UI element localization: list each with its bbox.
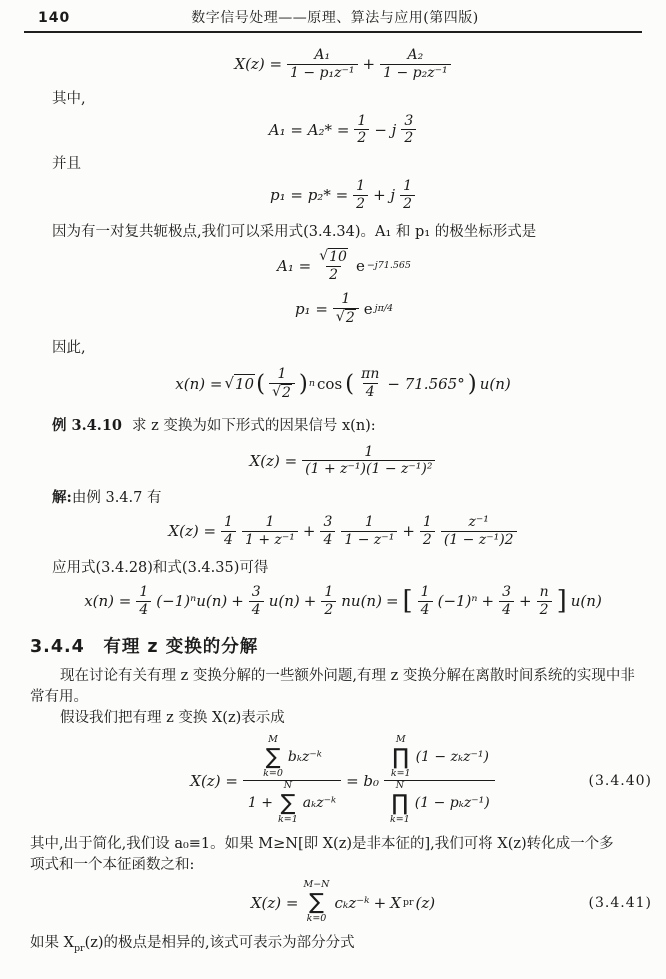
text-conjugate-poles: 因为有一对复共轭极点,我们可以采用式(3.4.34)。A₁ 和 p₁ 的极坐标形… (52, 223, 636, 242)
sigma-icon: ∑ (309, 891, 324, 914)
fraction-numerator: 3 (401, 113, 416, 130)
math-token: bₖz⁻ᵏ (288, 749, 322, 766)
fraction-numerator: 1 (354, 113, 369, 130)
math-token: X (390, 894, 401, 912)
fraction-numerator: 3 (249, 584, 264, 601)
math-token: aₖz⁻ᵏ (303, 795, 336, 812)
radical-sign: √ (336, 309, 345, 326)
radical: √10 (224, 374, 255, 393)
equals-sign: = (386, 592, 399, 610)
paragraph-simplify-line1: 其中,出于简化,我们设 a₀≡1。如果 M≥N[即 X(z)是非本征的],我们可… (30, 834, 642, 855)
fraction-denominator: 4 (136, 601, 151, 619)
fraction: z⁻¹(1 − z⁻¹)2 (441, 514, 517, 549)
text-solution: 解:由例 3.4.7 有 (52, 488, 636, 508)
fraction: A₂1 − p₂z⁻¹ (380, 47, 451, 82)
fraction-numerator: πn (358, 366, 382, 383)
product-operator: M∏k=1 (391, 735, 411, 780)
plus-sign: + (374, 894, 387, 912)
math-token: = b₀ (346, 772, 379, 790)
example-body: 求 z 变换为如下形式的因果信号 x(n): (132, 418, 376, 434)
paragraph-simplify-line2: 项式和一个本征函数之和: (30, 855, 642, 876)
fraction-numerator: M∏k=1 (1 − zₖz⁻¹) (385, 735, 494, 780)
solution-body: 由例 3.4.7 有 (72, 490, 162, 506)
summation-operator: N∑k=1 (278, 781, 298, 826)
lower-limit: k=0 (307, 914, 327, 925)
fraction-denominator: 2 (354, 129, 369, 147)
math-token: e (356, 257, 365, 275)
fraction-denominator: √2 (269, 383, 295, 402)
text-therefore: 因此, (52, 339, 636, 358)
page-header: 140 数字信号处理——原理、算法与应用(第四版) (38, 7, 632, 27)
fraction-numerator: 1 (361, 444, 376, 461)
equation-example-xz: X(z) = 1(1 + z⁻¹)(1 − z⁻¹)² (40, 444, 646, 479)
fraction-denominator: 2 (420, 531, 435, 549)
section-heading: 3.4.4 有理 z 变换的分解 (30, 633, 666, 658)
fraction: πn4 (358, 366, 382, 401)
math-token: X(z) = (250, 452, 298, 470)
fraction-numerator: A₁ (311, 47, 333, 64)
equation-partial-fraction-form: X(z) = A₁1 − p₁z⁻¹ + A₂1 − p₂z⁻¹ (40, 47, 646, 82)
left-paren: ( (345, 371, 354, 397)
product-operator: N∏k=1 (390, 781, 410, 826)
fraction-denominator: 4 (363, 383, 378, 401)
text-segment: 如果 X (30, 935, 74, 951)
fraction-denominator: 2 (321, 601, 336, 619)
paragraph-suppose: 假设我们把有理 z 变换 X(z)表示成 (30, 708, 642, 729)
fraction: 32 (401, 113, 416, 148)
equation-a1-polar: A₁ = √10 2 e−j71.565 (40, 248, 646, 284)
math-token: u(n) (571, 592, 602, 610)
plus-sign: + (303, 522, 316, 540)
math-token: A₁ = (277, 257, 311, 275)
fraction-denominator: 2 (353, 195, 368, 213)
fraction: 12 (400, 178, 415, 213)
radical: √2 (272, 384, 292, 402)
math-token: u(n) (480, 375, 511, 393)
math-token: 1 + (248, 795, 273, 812)
fraction: 12 (354, 113, 369, 148)
plus-sign: + (482, 592, 495, 610)
fraction-numerator: n (537, 584, 552, 601)
fraction-denominator: 1 + z⁻¹ (242, 531, 298, 549)
fraction-denominator: 4 (249, 601, 264, 619)
math-token: (1 − zₖz⁻¹) (416, 749, 489, 766)
fraction-denominator: 1 + N∑k=1 aₖz⁻ᵏ (243, 780, 341, 826)
radical-sign: √ (224, 374, 234, 392)
pi-product-icon: ∏ (392, 746, 409, 769)
fraction: 12 (353, 178, 368, 213)
paragraph-intro-line1: 现在讨论有关有理 z 变换分解的一些额外问题,有理 z 变换分解在离散时间系统的… (30, 666, 642, 687)
fraction-denominator: 2 (400, 195, 415, 213)
fraction: 11 − z⁻¹ (341, 514, 397, 549)
fraction: 11 + z⁻¹ (242, 514, 298, 549)
fraction: 14 (418, 584, 433, 619)
fraction-denominator: √2 (333, 308, 359, 327)
fraction-numerator: √10 (316, 248, 351, 266)
fraction-numerator: 3 (320, 514, 335, 531)
fraction-numerator: 1 (362, 514, 377, 531)
radicand: 10 (234, 374, 255, 393)
example-label: 例 3.4.10 (52, 417, 122, 434)
math-token: u(n) (269, 592, 300, 610)
fraction: M∏k=1 (1 − zₖz⁻¹) N∏k=1 (1 − pₖz⁻¹) (384, 735, 495, 826)
radical-sign: √ (272, 384, 281, 401)
radical-sign: √ (319, 248, 328, 265)
plus-sign: + (231, 592, 244, 610)
radicand: 2 (345, 309, 356, 327)
text-apply-equations: 应用式(3.4.28)和式(3.4.35)可得 (52, 559, 636, 578)
equation-p1-polar: p₁ = 1 √2 ejπ/4 (40, 291, 646, 327)
fraction-denominator: 4 (499, 601, 514, 619)
math-token: p₁ = (295, 300, 328, 318)
plus-sign: + (402, 522, 415, 540)
math-token: p₁ = p₂* = (270, 186, 348, 204)
left-paren: ( (256, 371, 265, 397)
math-token: (1 − pₖz⁻¹) (415, 795, 490, 812)
fraction-numerator: z⁻¹ (465, 514, 491, 531)
running-title: 数字信号处理——原理、算法与应用(第四版) (108, 7, 562, 27)
fraction-numerator: A₂ (404, 47, 426, 64)
math-token: x(n) = (84, 592, 131, 610)
fraction: 34 (499, 584, 514, 619)
math-token: (−1)ⁿu(n) (156, 592, 227, 610)
fraction-numerator: 3 (499, 584, 514, 601)
math-token: (z) (416, 894, 436, 912)
fraction-denominator: 2 (537, 601, 552, 619)
radical: √2 (336, 309, 356, 327)
text-where: 其中, (52, 90, 636, 109)
equation-number: (3.4.41) (589, 895, 652, 911)
equation-xn-result: x(n) = 14 (−1)ⁿu(n) + 34 u(n) + 12 nu(n)… (40, 584, 646, 619)
lower-limit: k=1 (278, 815, 298, 826)
equation-number: (3.4.40) (589, 773, 652, 789)
fraction-numerator: 1 (136, 584, 151, 601)
equation-polynomial-plus-proper: X(z) = M−N∑k=0 cₖz⁻ᵏ + Xpr(z) (40, 880, 646, 925)
math-token: − j (374, 121, 396, 139)
fraction: 1(1 + z⁻¹)(1 − z⁻¹)² (302, 444, 435, 479)
pi-product-icon: ∏ (392, 792, 409, 815)
equation-xn-solution: x(n) = √10 ( 1 √2 )n cos ( πn4 − 71.565°… (40, 366, 646, 402)
math-token: (−1)ⁿ (438, 592, 478, 610)
fraction-denominator: (1 − z⁻¹)2 (441, 531, 517, 549)
sigma-icon: ∑ (280, 792, 295, 815)
fraction: 34 (249, 584, 264, 619)
fraction: 12 (420, 514, 435, 549)
fraction-denominator: 1 − p₁z⁻¹ (287, 64, 358, 82)
fraction-numerator: 1 (400, 178, 415, 195)
fraction-numerator: 1 (353, 178, 368, 195)
fraction-numerator: 1 (418, 584, 433, 601)
fraction-numerator: 1 (321, 584, 336, 601)
fraction: √10 2 (316, 248, 351, 284)
plus-sign: + (363, 55, 376, 73)
math-token: X(z) = (168, 522, 216, 540)
fraction-denominator: 2 (401, 129, 416, 147)
lower-limit: k=1 (391, 769, 411, 780)
fraction: 1 √2 (269, 366, 295, 402)
fraction-denominator: 4 (418, 601, 433, 619)
radicand: 10 (328, 248, 348, 266)
fraction-numerator: 1 (420, 514, 435, 531)
fraction-denominator: N∏k=1 (1 − pₖz⁻¹) (384, 780, 495, 826)
paragraph-intro-line2: 常有用。 (30, 687, 642, 708)
equation-rational-z-transform: X(z) = M∑k=0 bₖz⁻ᵏ 1 + N∑k=1 aₖz⁻ᵏ = b₀ … (40, 735, 646, 826)
fraction-denominator: (1 + z⁻¹)(1 − z⁻¹)² (302, 460, 435, 478)
math-token: X(z) = (190, 772, 238, 790)
math-token: X(z) = (234, 55, 282, 73)
fraction-numerator: M∑k=0 bₖz⁻ᵏ (257, 735, 327, 780)
fraction-denominator: 4 (221, 531, 236, 549)
fraction-denominator: 1 − z⁻¹ (341, 531, 397, 549)
math-token: e (364, 300, 373, 318)
plus-sign: + (304, 592, 317, 610)
right-paren: ) (468, 371, 477, 397)
paragraph-distinct-poles: 如果 Xpr(z)的极点是相异的,该式可表示为部分分式 (30, 933, 642, 954)
plus-sign: + (519, 592, 532, 610)
text-segment: (z)的极点是相异的,该式可表示为部分分式 (85, 935, 355, 951)
fraction: 14 (221, 514, 236, 549)
fraction: 1 √2 (333, 291, 359, 327)
equation-3-4-40-wrap: X(z) = M∑k=0 bₖz⁻ᵏ 1 + N∑k=1 aₖz⁻ᵏ = b₀ … (0, 735, 666, 826)
subscript: pr (74, 943, 85, 954)
right-paren: ) (299, 371, 308, 397)
fraction-denominator: 1 − p₂z⁻¹ (380, 64, 451, 82)
header-rule (24, 31, 642, 33)
math-token: nu(n) (341, 592, 382, 610)
fraction-numerator: 1 (221, 514, 236, 531)
equation-a1-value: A₁ = A₂* = 12 − j 32 (40, 113, 646, 148)
math-token: x(n) = (175, 375, 222, 393)
right-bracket: ] (557, 586, 567, 616)
fraction: 12 (321, 584, 336, 619)
fraction: M∑k=0 bₖz⁻ᵏ 1 + N∑k=1 aₖz⁻ᵏ (243, 735, 341, 826)
math-token: X(z) = (251, 894, 299, 912)
fraction: n2 (537, 584, 552, 619)
fraction: 14 (136, 584, 151, 619)
text-and: 并且 (52, 155, 636, 174)
math-token: + j (373, 186, 395, 204)
math-token: − 71.565° (387, 375, 464, 393)
fraction-numerator: 1 (338, 291, 353, 308)
fraction-numerator: 1 (275, 366, 290, 383)
fraction: 34 (320, 514, 335, 549)
math-token: A₁ = A₂* = (269, 121, 350, 139)
textbook-page: 140 数字信号处理——原理、算法与应用(第四版) X(z) = A₁1 − p… (0, 0, 666, 979)
math-token: cₖz⁻ᵏ (334, 894, 369, 912)
radical: √10 (319, 248, 348, 266)
summation-operator: M∑k=0 (263, 735, 283, 780)
solution-label: 解: (52, 489, 72, 506)
text-example: 例 3.4.10求 z 变换为如下形式的因果信号 x(n): (52, 416, 636, 436)
cos-function: cos (317, 375, 342, 393)
summation-operator: M−N∑k=0 (303, 880, 329, 925)
lower-limit: k=1 (390, 815, 410, 826)
page-number: 140 (38, 10, 108, 26)
fraction: A₁1 − p₁z⁻¹ (287, 47, 358, 82)
equation-partial-fraction-expansion: X(z) = 14 11 + z⁻¹ + 34 11 − z⁻¹ + 12 z⁻… (40, 514, 646, 549)
fraction-denominator: 4 (320, 531, 335, 549)
radicand: 2 (281, 384, 292, 402)
equation-3-4-41-wrap: X(z) = M−N∑k=0 cₖz⁻ᵏ + Xpr(z) (3.4.41) (0, 880, 666, 925)
fraction-denominator: 2 (326, 266, 341, 284)
sigma-icon: ∑ (266, 746, 281, 769)
left-bracket: [ (403, 586, 413, 616)
equation-p1-value: p₁ = p₂* = 12 + j 12 (40, 178, 646, 213)
fraction-numerator: 1 (262, 514, 277, 531)
lower-limit: k=0 (263, 769, 283, 780)
